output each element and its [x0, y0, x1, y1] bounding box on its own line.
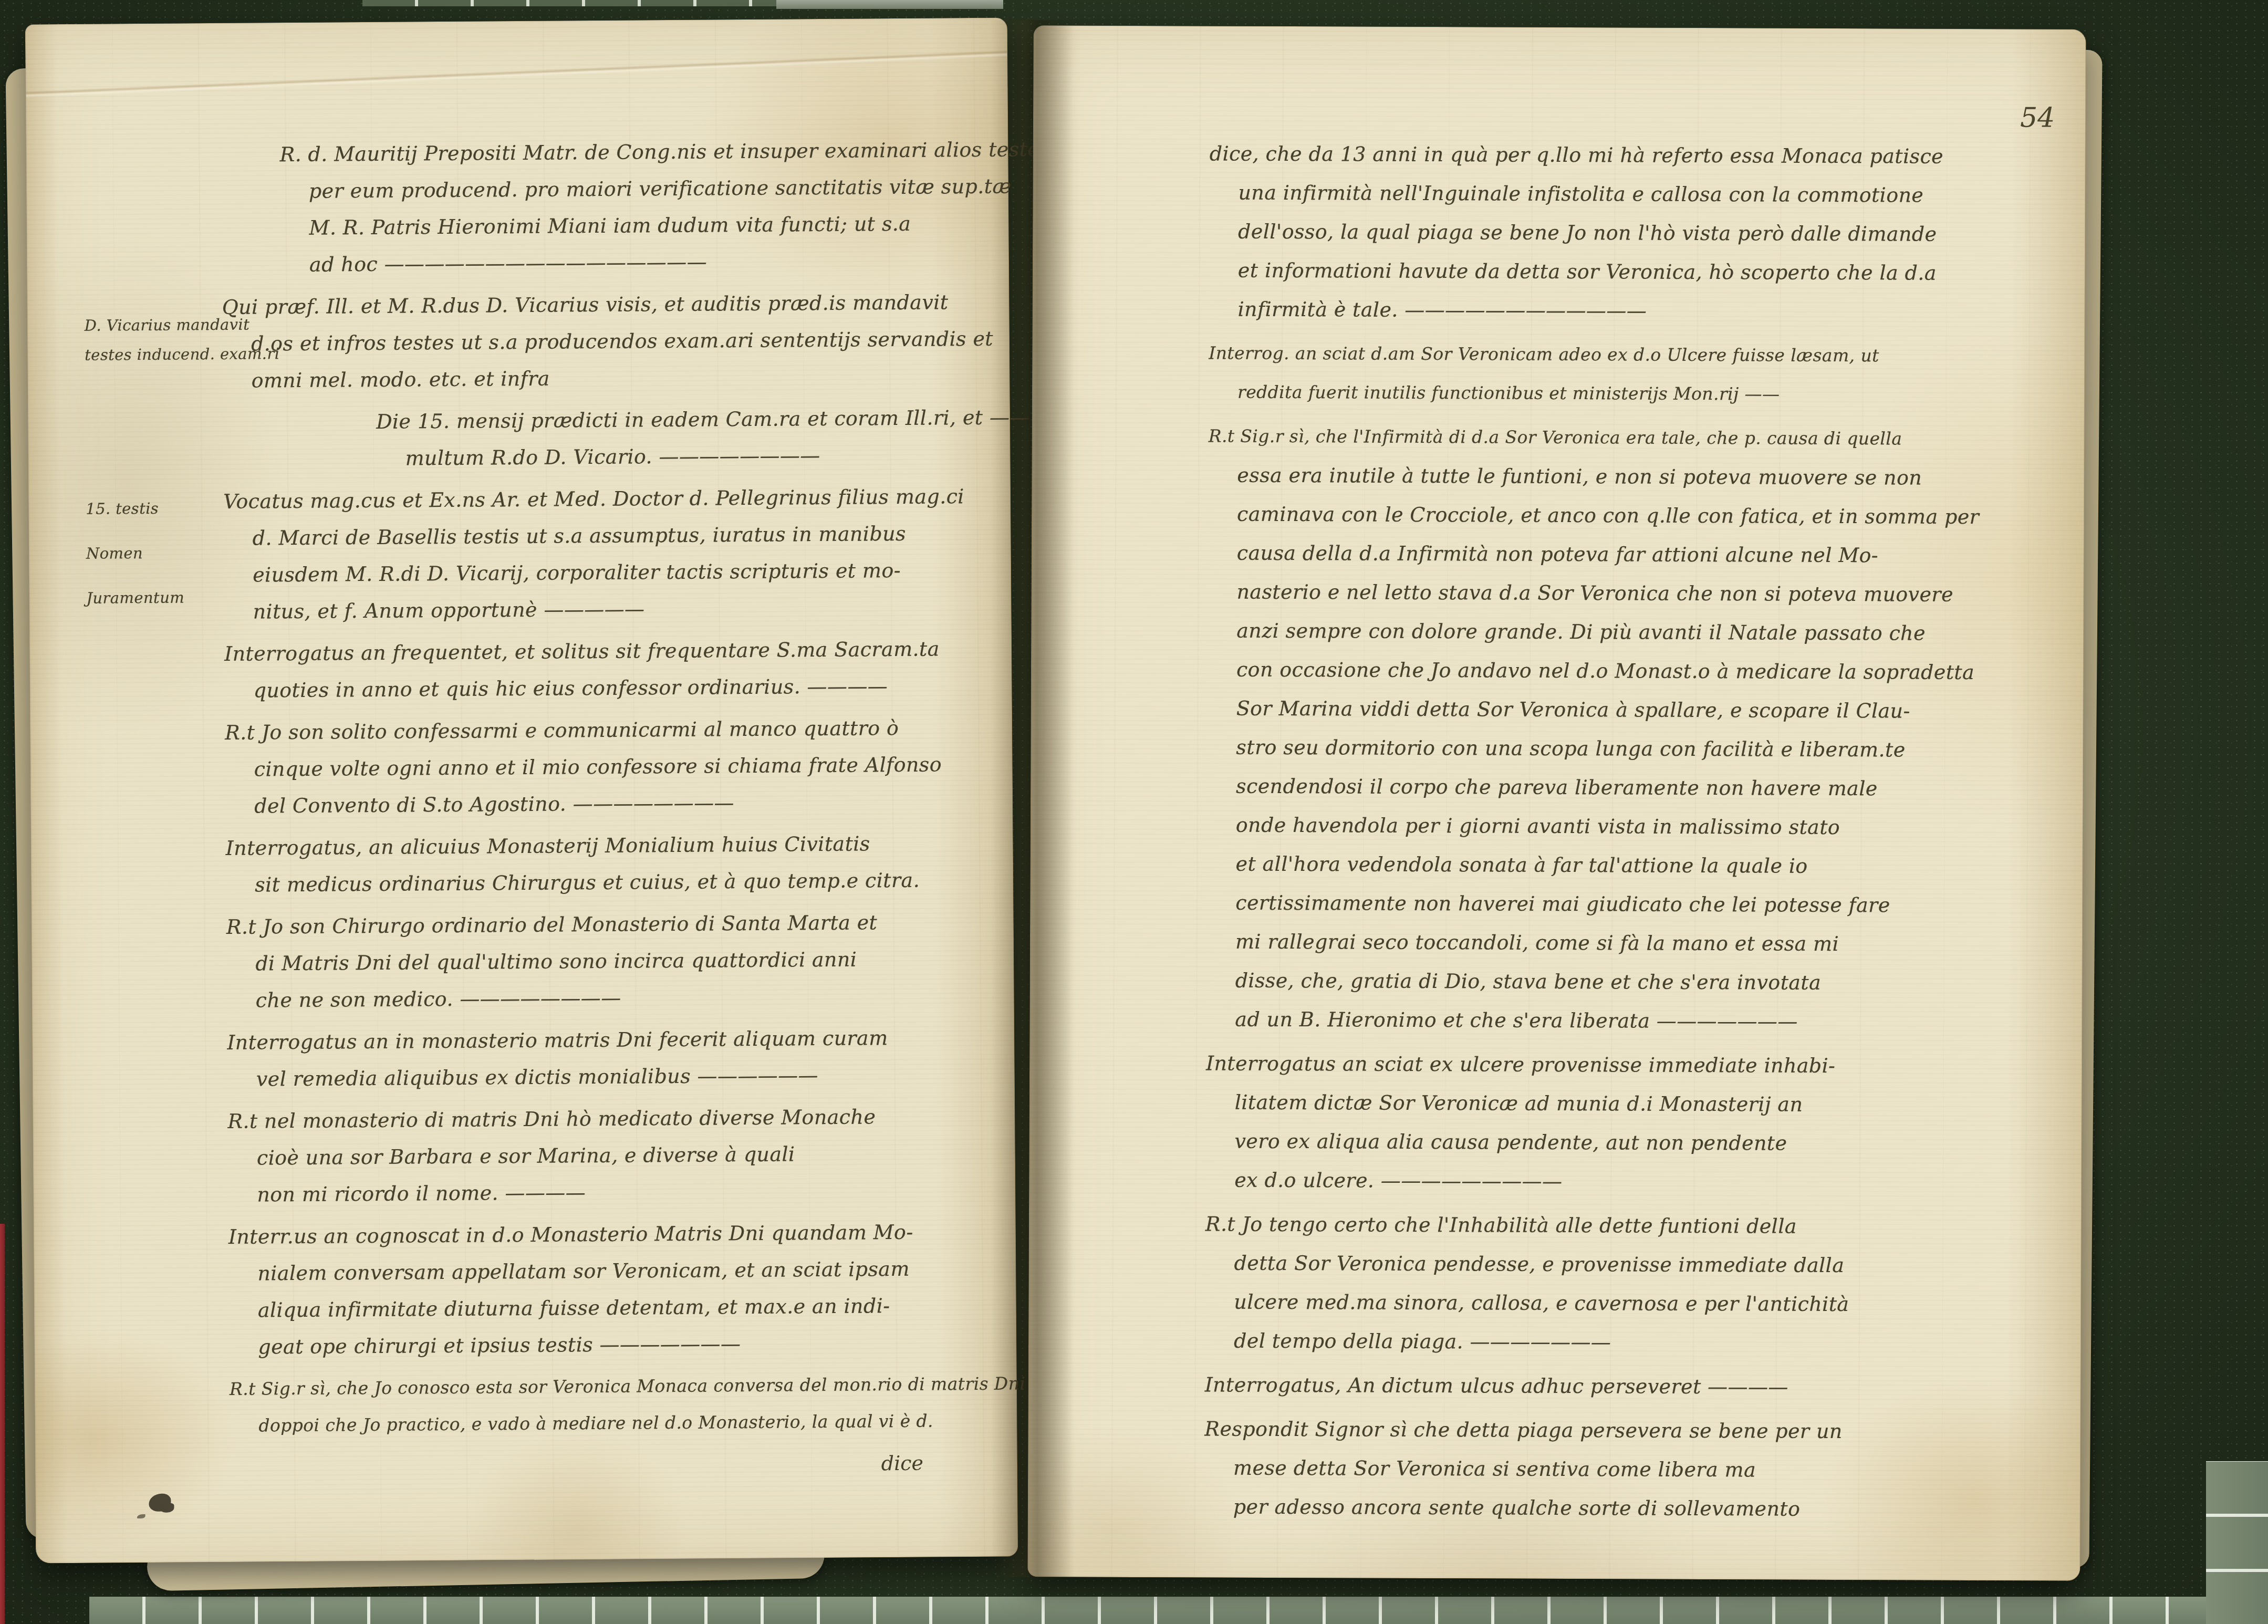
manuscript-line: una infirmità nell'Inguinale infistolita… [1238, 173, 2031, 215]
manuscript-line: geat ope chirurgi et ipsius testis —————… [258, 1324, 1004, 1366]
folio-number: 54 [2020, 102, 2055, 133]
manuscript-line: caminava con le Crocciole, et anco con q… [1237, 495, 2030, 537]
manuscript-line: cioè una sor Barbara e sor Marina, e div… [257, 1134, 1003, 1177]
manuscript-line: stro seu dormitorio con una scopa lunga … [1236, 728, 2029, 770]
margin-note-line: Nomen [86, 530, 184, 576]
manuscript-line: litatem dictæ Sor Veronicæ ad munia d.i … [1235, 1083, 2028, 1125]
manuscript-line: d.os et infros testes ut s.a producendos… [251, 320, 997, 362]
manuscript-paragraph: Qui præf. Ill. et M. R.dus D. Vicarius v… [222, 284, 997, 399]
manuscript-line: Qui præf. Ill. et M. R.dus D. Vicarius v… [222, 284, 996, 326]
manuscript-line: che ne son medico. ———————— [256, 977, 1002, 1019]
left-page: D. Vicarius mandavit testes inducend. ex… [25, 18, 1018, 1564]
manuscript-line: R.t Sig.r sì, che Jo conosco esta sor Ve… [230, 1366, 1004, 1408]
manuscript-line: Interr.us an cognoscat in d.o Monasterio… [228, 1213, 1003, 1255]
manuscript-line: Interrogatus an sciat ex ulcere provenis… [1206, 1044, 2028, 1086]
manuscript-line: sit medicus ordinarius Chirurgus et cuiu… [255, 861, 1001, 903]
manuscript-paragraph: R.t Sig.r sì, che Jo conosco esta sor Ve… [230, 1366, 1005, 1444]
manuscript-line: nitus, et f. Anum opportunè ————— [253, 588, 998, 630]
manuscript-line: Interrogatus an frequentet, et solitus s… [224, 630, 999, 672]
manuscript-line: disse, che, gratia di Dio, stava bene et… [1235, 961, 2028, 1003]
manuscript-line: Vocatus mag.cus et Ex.ns Ar. et Med. Doc… [223, 478, 998, 520]
manuscript-line: multum R.do D. Vicario. ———————— [405, 436, 997, 477]
manuscript-line: del tempo della piaga. ——————— [1234, 1321, 2027, 1363]
manuscript-line: Die 15. mensij prædicti in eadem Cam.ra … [376, 399, 997, 440]
manuscript-line: Interrogatus an in monasterio matris Dni… [227, 1019, 1002, 1061]
ruler-strip-top [362, 0, 798, 6]
catchword: dice [230, 1444, 1005, 1486]
manuscript-paragraph: R.t nel monasterio di matris Dni hò medi… [227, 1098, 1003, 1213]
right-page: 54 dice, che da 13 anni in quà per q.llo… [1027, 25, 2086, 1581]
manuscript-line: Interrogatus, an alicuius Monasterij Mon… [226, 825, 1001, 867]
manuscript-photo: D. Vicarius mandavit testes inducend. ex… [0, 0, 2268, 1624]
manuscript-line: nialem conversam appellatam sor Veronica… [257, 1250, 1003, 1292]
left-page-text: R. d. Mauritij Prepositi Matr. de Cong.n… [221, 131, 1005, 1486]
manuscript-line: per adesso ancora sente qualche sorte di… [1233, 1487, 2026, 1529]
manuscript-line: mese detta Sor Veronica si sentiva come … [1233, 1449, 2026, 1491]
manuscript-line: R.t Jo son Chirurgo ordinario del Monast… [226, 903, 1001, 945]
manuscript-paragraph: Interrog. an sciat d.am Sor Veronicam ad… [1209, 334, 2031, 414]
manuscript-paragraph: R. d. Mauritij Prepositi Matr. de Cong.n… [279, 131, 996, 284]
manuscript-line: del Convento di S.to Agostino. ———————— [254, 783, 1000, 825]
manuscript-line: causa della d.a Infirmità non poteva far… [1237, 534, 2030, 576]
manuscript-paragraph: R.t Jo son solito confessarmi e communic… [225, 709, 1000, 825]
manuscript-paragraph: Interrogatus an sciat ex ulcere provenis… [1205, 1044, 2028, 1202]
manuscript-line: cinque volte ogni anno et il mio confess… [254, 746, 1000, 788]
manuscript-line: vero ex aliqua alia causa pendente, aut … [1234, 1122, 2027, 1164]
ink-blot [149, 1494, 171, 1512]
manuscript-line: R.t Sig.r sì, che l'Infirmità di d.a Sor… [1209, 417, 2031, 459]
manuscript-line: et all'hora vedendola sonata à far tal'a… [1235, 845, 2028, 887]
manuscript-line: vel remedia aliquibus ex dictis monialib… [256, 1056, 1002, 1098]
manuscript-line: detta Sor Veronica pendesse, e proveniss… [1234, 1244, 2027, 1286]
manuscript-line: ad hoc ———————————————— [309, 242, 996, 283]
manuscript-paragraph: Respondit Signor sì che detta piaga pers… [1204, 1409, 2027, 1529]
manuscript-paragraph: Vocatus mag.cus et Ex.ns Ar. et Med. Doc… [223, 478, 999, 630]
manuscript-paragraph: Interr.us an cognoscat in d.o Monasterio… [228, 1213, 1004, 1366]
manuscript-line: Interrog. an sciat d.am Sor Veronicam ad… [1209, 334, 2031, 376]
manuscript-line: anzi sempre con dolore grande. Di più av… [1236, 611, 2030, 653]
manuscript-line: mi rallegrai seco toccandoli, come si fà… [1235, 922, 2028, 964]
manuscript-paragraph: dice, che da 13 anni in quà per q.llo mi… [1209, 134, 2031, 331]
manuscript-line: Interrogatus, An dictum ulcus adhuc pers… [1205, 1365, 2027, 1407]
manuscript-paragraph: Interrogatus, an alicuius Monasterij Mon… [226, 825, 1001, 903]
red-edge-strip [0, 1224, 5, 1624]
manuscript-paragraph: Interrogatus, An dictum ulcus adhuc pers… [1205, 1365, 2027, 1407]
manuscript-line: R.t Jo tengo certo che l'Inhabilità alle… [1205, 1204, 2027, 1246]
manuscript-line: reddita fuerit inutilis functionibus et … [1237, 373, 2031, 415]
manuscript-line: Sor Marina viddi detta Sor Veronica à sp… [1236, 689, 2030, 731]
manuscript-line: Respondit Signor sì che detta piaga pers… [1204, 1409, 2026, 1451]
manuscript-line: di Matris Dni del qual'ultimo sono incir… [255, 940, 1001, 982]
margin-note-line: Juramentum [86, 575, 184, 620]
manuscript-line: R.t Jo son solito confessarmi e communic… [225, 709, 1000, 751]
ruler-strip-right [2206, 1461, 2268, 1624]
manuscript-paragraph: Die 15. mensij prædicti in eadem Cam.ra … [376, 399, 998, 477]
manuscript-paragraph: R.t Sig.r sì, che l'Infirmità di d.a Sor… [1206, 417, 2031, 1042]
manuscript-line: ulcere med.ma sinora, callosa, e caverno… [1234, 1283, 2027, 1325]
right-page-text: dice, che da 13 anni in quà per q.llo mi… [1204, 134, 2032, 1534]
manuscript-line: eiusdem M. R.di D. Vicarij, corporaliter… [253, 551, 998, 594]
manuscript-line: essa era inutile à tutte le funtioni, e … [1237, 456, 2030, 498]
margin-note-testis: 15. testis Nomen Juramentum [86, 486, 184, 620]
margin-note-line: 15. testis [86, 486, 184, 531]
manuscript-line: ex d.o ulcere. ————————— [1234, 1161, 2027, 1203]
manuscript-line: R.t nel monasterio di matris Dni hò medi… [227, 1098, 1002, 1140]
manuscript-paragraph: Interrogatus an frequentet, et solitus s… [224, 630, 1000, 709]
manuscript-line: dell'osso, la qual piaga se bene Jo non … [1238, 212, 2031, 254]
manuscript-line: d. Marci de Basellis testis ut s.a assum… [252, 515, 998, 557]
manuscript-paragraph: R.t Jo tengo certo che l'Inhabilità alle… [1205, 1204, 2027, 1363]
manuscript-paragraph: Interrogatus an in monasterio matris Dni… [227, 1019, 1002, 1098]
manuscript-line: non mi ricordo il nome. ———— [257, 1171, 1003, 1213]
manuscript-line: con occasione che Jo andavo nel d.o Mona… [1236, 650, 2030, 692]
manuscript-line: onde havendola per i giorni avanti vista… [1236, 806, 2029, 848]
manuscript-paragraph: R.t Jo son Chirurgo ordinario del Monast… [226, 903, 1002, 1019]
manuscript-line: infirmità è tale. ———————————— [1237, 290, 2031, 332]
manuscript-line: quoties in anno et quis hic eius confess… [253, 667, 999, 709]
manuscript-line: per eum producend. pro maiori verificati… [309, 168, 996, 210]
manuscript-line: scendendosi il corpo che pareva liberame… [1236, 767, 2029, 809]
manuscript-line: M. R. Patris Hieronimi Miani iam dudum v… [309, 205, 996, 246]
manuscript-line: dice, che da 13 anni in quà per q.llo mi… [1210, 134, 2032, 176]
manuscript-line: certissimamente non haverei mai giudicat… [1235, 883, 2028, 925]
manuscript-line: R. d. Mauritij Prepositi Matr. de Cong.n… [279, 131, 995, 173]
manuscript-line: nasterio e nel letto stava d.a Sor Veron… [1236, 572, 2030, 615]
manuscript-line: et informationi havute da detta sor Vero… [1238, 251, 2031, 293]
manuscript-line: aliqua infirmitate diuturna fuisse deten… [258, 1287, 1004, 1329]
manuscript-line: ad un B. Hieronimo et che s'era liberata… [1235, 1000, 2028, 1042]
gray-bar-top [776, 0, 1003, 9]
ruler-strip-bottom [89, 1597, 2268, 1624]
manuscript-line: omni mel. modo. etc. et infra [251, 357, 997, 399]
manuscript-line: doppoi che Jo practico, e vado à mediare… [258, 1402, 1004, 1444]
